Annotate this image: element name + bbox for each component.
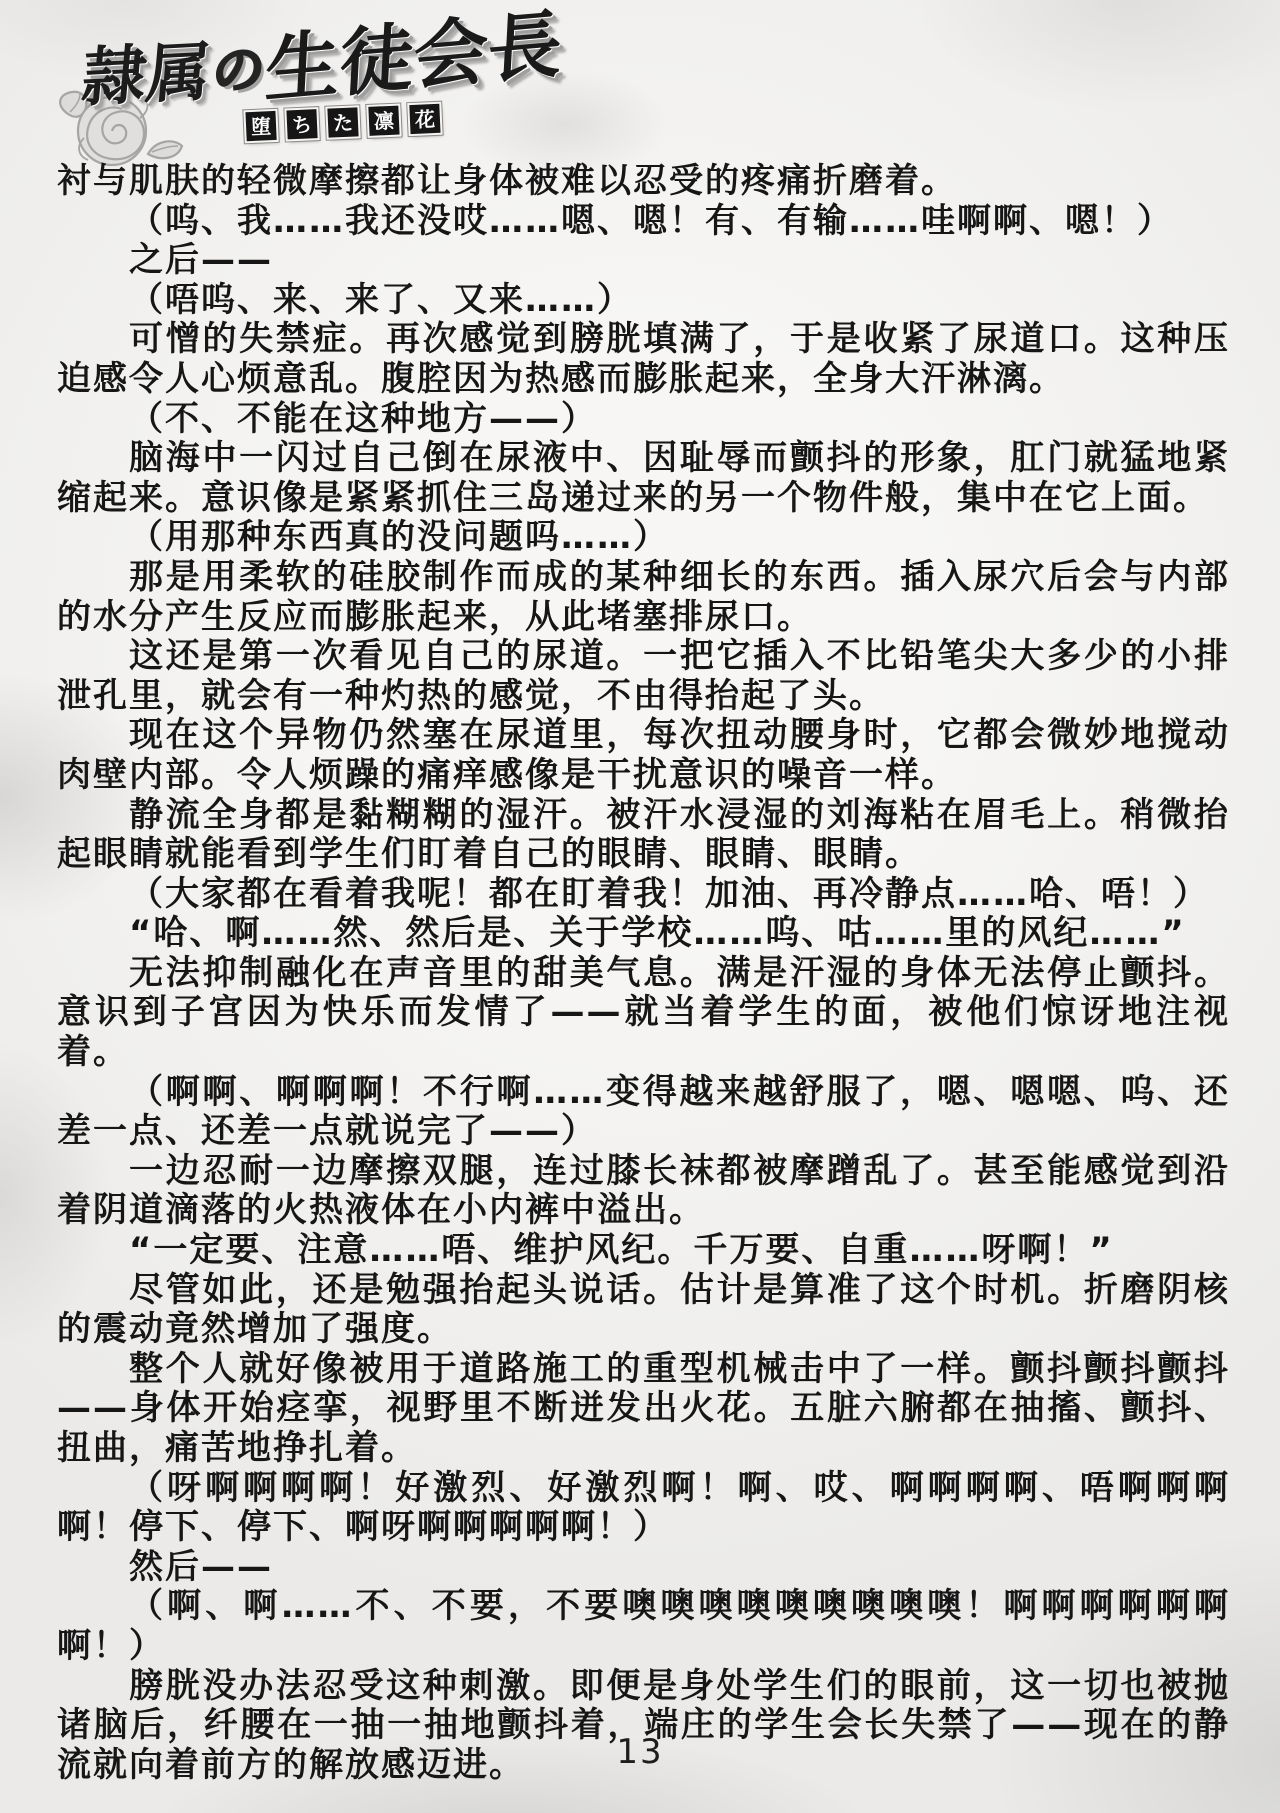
paragraph: 脑海中一闪过自己倒在尿液中、因耻辱而颤抖的形象，肛门就猛地紧缩起来。意识像是紧紧… <box>57 439 1230 518</box>
paragraph: “一定要、注意……唔、维护风纪。千万要、自重……呀啊！” <box>57 1231 1230 1271</box>
paragraph: 衬与肌肤的轻微摩擦都让身体被难以忍受的疼痛折磨着。 <box>57 162 1230 202</box>
paragraph: （唔呜、来、来了、又来……） <box>57 281 1230 321</box>
logo-title: 隷属の生徒会長 <box>80 13 563 112</box>
paragraph: 可憎的失禁症。再次感觉到膀胱填满了，于是收紧了尿道口。这种压迫感令人心烦意乱。腹… <box>57 320 1230 399</box>
paragraph: （呀啊啊啊啊！好激烈、好激烈啊！啊、哎、啊啊啊啊、唔啊啊啊啊！停下、停下、啊呀啊… <box>57 1469 1230 1548</box>
paragraph: 之后—— <box>57 241 1230 281</box>
paragraph: （用那种东西真的没问题吗……） <box>57 518 1230 558</box>
logo-title-part2: 生徒会長 <box>263 8 563 108</box>
page-number: 13 <box>0 1732 1280 1772</box>
paragraph: 尽管如此，还是勉强抬起头说话。估计是算准了这个时机。折磨阴核的震动竟然增加了强度… <box>57 1271 1230 1350</box>
paragraph: （啊啊、啊啊啊！不行啊……变得越来越舒服了，嗯、嗯嗯、呜、还差一点、还差一点就说… <box>57 1073 1230 1152</box>
logo-title-part1: 隷属 <box>79 40 212 111</box>
paragraph: 这还是第一次看见自己的尿道。一把它插入不比铅笔尖大多少的小排泄孔里，就会有一种灼… <box>57 637 1230 716</box>
paragraph: （大家都在看着我呢！都在盯着我！加油、再冷静点……哈、唔！） <box>57 875 1230 915</box>
paragraph: （啊、啊……不、不要，不要噢噢噢噢噢噢噢噢噢！啊啊啊啊啊啊啊！） <box>57 1587 1230 1666</box>
logo-subtitle-char: 堕 <box>245 111 276 141</box>
paragraph: 无法抑制融化在声音里的甜美气息。满是汗湿的身体无法停止颤抖。意识到子宫因为快乐而… <box>57 954 1230 1073</box>
paragraph: 然后—— <box>57 1548 1230 1588</box>
paragraph: 静流全身都是黏糊糊的湿汗。被汗水浸湿的刘海粘在眉毛上。稍微抬起眼睛就能看到学生们… <box>57 796 1230 875</box>
paragraph: （不、不能在这种地方——） <box>57 400 1230 440</box>
paragraph: 整个人就好像被用于道路施工的重型机械击中了一样。颤抖颤抖颤抖——身体开始痉挛，视… <box>57 1350 1230 1469</box>
body-text: 衬与肌肤的轻微摩擦都让身体被难以忍受的疼痛折磨着。 （呜、我……我还没哎……嗯、… <box>57 162 1230 1785</box>
logo-subtitle-char: ち <box>286 109 317 139</box>
logo-subtitle-char: 凛 <box>368 106 399 136</box>
paragraph: 现在这个异物仍然塞在尿道里，每次扭动腰身时，它都会微妙地搅动肉壁内部。令人烦躁的… <box>57 716 1230 795</box>
logo-subtitle-char: 花 <box>409 104 440 134</box>
logo-title-particle: の <box>210 43 267 98</box>
paragraph: （呜、我……我还没哎……嗯、嗯！有、有输……哇啊啊、嗯！） <box>57 202 1230 242</box>
paragraph: 一边忍耐一边摩擦双腿，连过膝长袜都被摩蹭乱了。甚至能感觉到沿着阴道滴落的火热液体… <box>57 1152 1230 1231</box>
page: 隷属の生徒会長 堕 ち た 凛 花 衬与肌肤的轻微摩擦都让身体被难以忍受的疼痛折… <box>0 0 1280 1813</box>
logo-subtitle-char: た <box>327 107 358 137</box>
paragraph: 那是用柔软的硅胶制作而成的某种细长的东西。插入尿穴后会与内部的水分产生反应而膨胀… <box>57 558 1230 637</box>
logo: 隷属の生徒会長 堕 ち た 凛 花 <box>58 24 488 159</box>
paragraph: “哈、啊……然、然后是、关于学校……呜、咕……里的风纪……” <box>57 914 1230 954</box>
